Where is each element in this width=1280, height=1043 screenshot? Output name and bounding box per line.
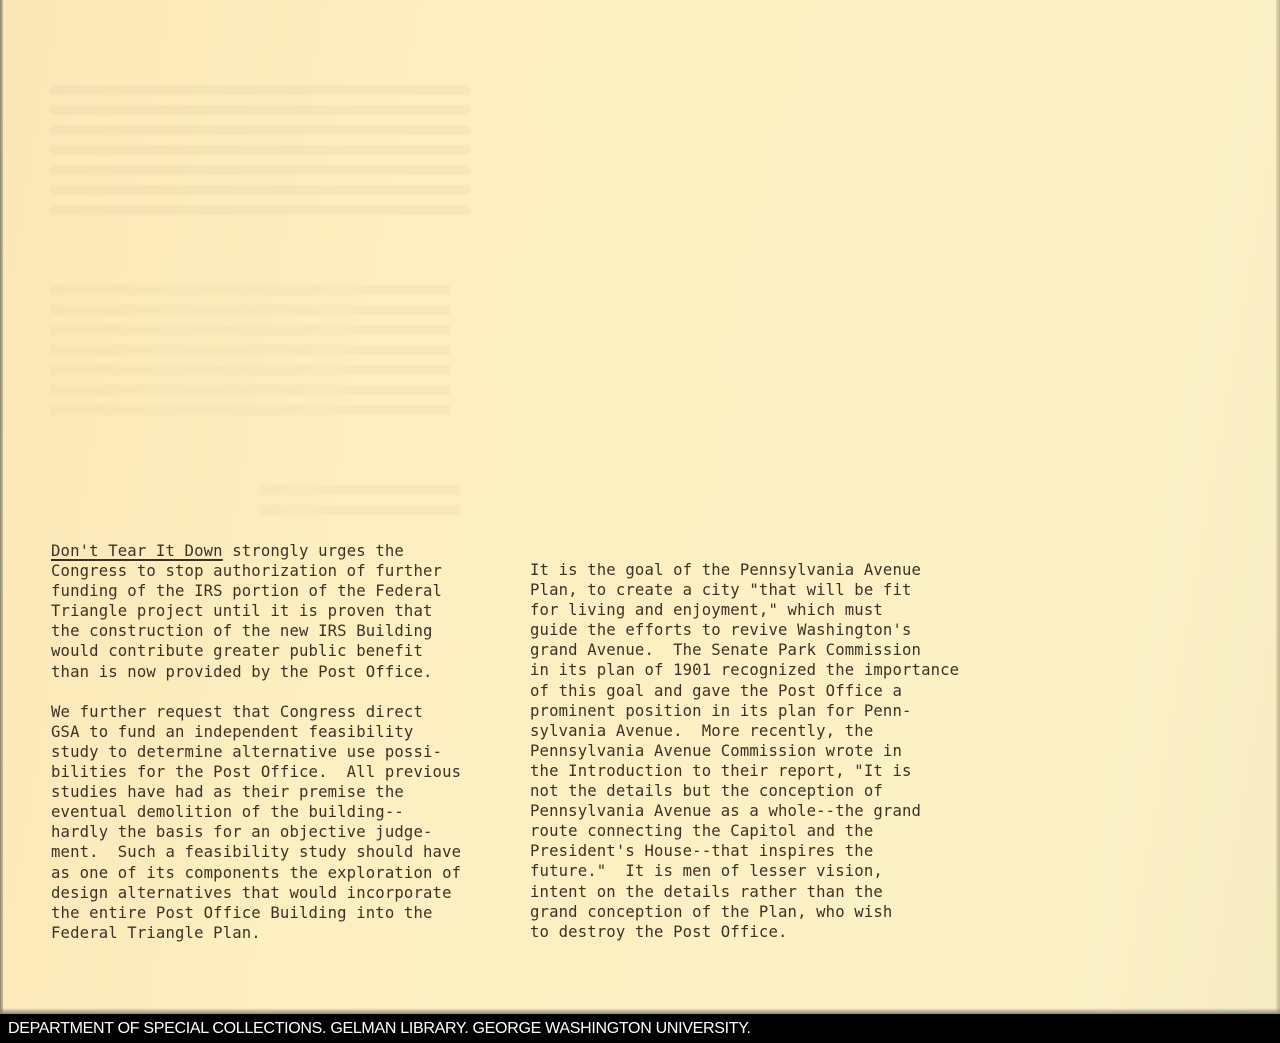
bleed-through-block-2: [50, 285, 450, 415]
text-line: Pennsylvania Avenue Commission wrote in: [530, 741, 1000, 761]
text-line: the Introduction to their report, "It is: [530, 761, 1000, 781]
paragraph-pennsylvania-avenue-goal: It is the goal of the Pennsylvania Avenu…: [530, 560, 1000, 942]
page-left-edge: [0, 0, 3, 1014]
text-line: GSA to fund an independent feasibility: [51, 722, 511, 742]
text-line: study to determine alternative use possi…: [51, 742, 511, 762]
text-line: bilities for the Post Office. All previo…: [51, 762, 511, 782]
left-text-column: Don't Tear It Down strongly urges the Co…: [51, 541, 511, 943]
bleed-through-block-1: [50, 85, 470, 215]
paragraph-first-line: Don't Tear It Down strongly urges the: [51, 541, 511, 561]
text-line: of this goal and gave the Post Office a: [530, 681, 1000, 701]
first-line-text: strongly urges the: [223, 542, 404, 560]
paragraph-urging-congress: Don't Tear It Down strongly urges the Co…: [51, 541, 511, 682]
text-line: the construction of the new IRS Building: [51, 621, 511, 641]
text-line: design alternatives that would incorpora…: [51, 883, 511, 903]
text-line: Plan, to create a city "that will be fit: [530, 580, 1000, 600]
bleed-through-block-3: [260, 485, 460, 525]
text-line: for living and enjoyment," which must: [530, 600, 1000, 620]
text-line: funding of the IRS portion of the Federa…: [51, 581, 511, 601]
text-line: studies have had as their premise the: [51, 782, 511, 802]
text-line: President's House--that inspires the: [530, 841, 1000, 861]
text-line: than is now provided by the Post Office.: [51, 662, 511, 682]
text-line: Pennsylvania Avenue as a whole--the gran…: [530, 801, 1000, 821]
text-line: in its plan of 1901 recognized the impor…: [530, 660, 1000, 680]
text-line: We further request that Congress direct: [51, 702, 511, 722]
text-line: guide the efforts to revive Washington's: [530, 620, 1000, 640]
text-line: hardly the basis for an objective judge-: [51, 822, 511, 842]
text-line: would contribute greater public benefit: [51, 641, 511, 661]
text-line: not the details but the conception of: [530, 781, 1000, 801]
text-line: intent on the details rather than the: [530, 882, 1000, 902]
text-line: It is the goal of the Pennsylvania Avenu…: [530, 560, 1000, 580]
text-line: ment. Such a feasibility study should ha…: [51, 842, 511, 862]
paragraph-spacer: [51, 682, 511, 702]
right-text-column: It is the goal of the Pennsylvania Avenu…: [530, 560, 1000, 942]
text-line: grand Avenue. The Senate Park Commission: [530, 640, 1000, 660]
text-line: sylvania Avenue. More recently, the: [530, 721, 1000, 741]
text-line: Congress to stop authorization of furthe…: [51, 561, 511, 581]
paragraph-feasibility-request: We further request that Congress direct …: [51, 702, 511, 943]
archive-credit-bar: DEPARTMENT OF SPECIAL COLLECTIONS. GELMA…: [0, 1014, 1280, 1043]
text-line: as one of its components the exploration…: [51, 863, 511, 883]
text-line: Federal Triangle Plan.: [51, 923, 511, 943]
scanned-page: Don't Tear It Down strongly urges the Co…: [0, 0, 1280, 1014]
text-line: route connecting the Capitol and the: [530, 821, 1000, 841]
text-line: prominent position in its plan for Penn-: [530, 701, 1000, 721]
text-line: future." It is men of lesser vision,: [530, 861, 1000, 881]
text-line: eventual demolition of the building--: [51, 802, 511, 822]
archive-credit-text: DEPARTMENT OF SPECIAL COLLECTIONS. GELMA…: [8, 1020, 751, 1038]
publication-title-reference: Don't Tear It Down: [51, 542, 223, 560]
page-right-edge: [1276, 0, 1280, 1014]
text-line: Triangle project until it is proven that: [51, 601, 511, 621]
text-line: to destroy the Post Office.: [530, 922, 1000, 942]
text-line: the entire Post Office Building into the: [51, 903, 511, 923]
text-line: grand conception of the Plan, who wish: [530, 902, 1000, 922]
